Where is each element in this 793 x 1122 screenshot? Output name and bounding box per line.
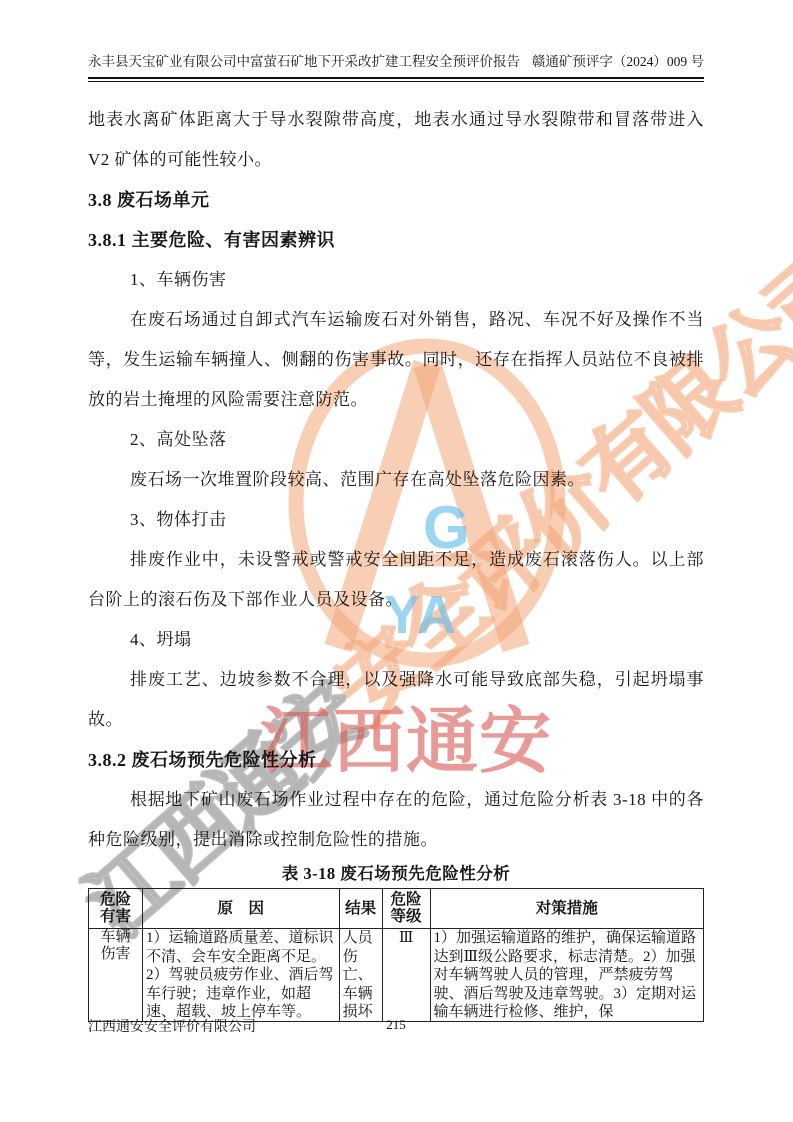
section-heading-3-8: 3.8 废石场单元	[88, 180, 704, 220]
section-heading-3-8-1: 3.8.1 主要危险、有害因素辨识	[88, 220, 704, 260]
cell-measures: 1）加强运输道路的维护，确保运输道路达到Ⅲ级公路要求，标志清楚。2）加强对车辆驾…	[430, 929, 703, 1022]
list-item-3-title: 3、物体打击	[88, 500, 704, 540]
list-item-2-text: 废石场一次堆置阶段较高、范围广存在高处坠落危险因素。	[88, 460, 704, 500]
header-rule-thick	[88, 77, 704, 79]
table-row: 车辆伤害 1）运输道路质量差、道标识不清、会车安全距离不足。2）驾驶员疲劳作业、…	[89, 929, 704, 1022]
cell-hazard: 车辆伤害	[89, 929, 143, 1022]
page-header: 永丰县天宝矿业有限公司中富萤石矿地下开采改扩建工程安全预评价报告 赣通矿预评字（…	[88, 50, 704, 70]
column-header-cause: 原 因	[142, 889, 339, 929]
header-rule-thin	[88, 81, 704, 82]
paragraph-3-8-2: 根据地下矿山废石场作业过程中存在的危险，通过危险分析表 3-18 中的各种危险级…	[88, 780, 704, 860]
list-item-1-text: 在废石场通过自卸式汽车运输废石对外销售，路况、车况不好及操作不当等，发生运输车辆…	[88, 300, 704, 420]
page-content: 永丰县天宝矿业有限公司中富萤石矿地下开采改扩建工程安全预评价报告 赣通矿预评字（…	[88, 0, 704, 1022]
document-page: 江西通安安全评价有限公司 G YA 江西通安 永丰县天宝矿业有限公司中富萤石矿地…	[0, 0, 793, 1122]
table-header-row: 危险有害 原 因 结果 危险等级 对策措施	[89, 889, 704, 929]
cell-level: Ⅲ	[382, 929, 430, 1022]
section-heading-3-8-2: 3.8.2 废石场预先危险性分析	[88, 740, 704, 780]
footer-company-name: 江西通安安全评价有限公司	[88, 1020, 256, 1035]
cell-result: 人员伤亡、车辆损坏	[339, 929, 382, 1022]
table-caption: 表 3-18 废石场预先危险性分析	[88, 862, 704, 886]
list-item-4-title: 4、坍塌	[88, 620, 704, 660]
list-item-3-text: 排废作业中，未设警戒或警戒安全间距不足，造成废石滚落伤人。以上部台阶上的滚石伤及…	[88, 540, 704, 620]
page-number: 215	[386, 1017, 406, 1033]
hazard-analysis-table: 危险有害 原 因 结果 危险等级 对策措施 车辆伤害 1）运输道路质量差、道标识…	[88, 888, 704, 1022]
column-header-measures: 对策措施	[430, 889, 703, 929]
column-header-hazard: 危险有害	[89, 889, 143, 929]
header-report-title: 永丰县天宝矿业有限公司中富萤石矿地下开采改扩建工程安全预评价报告	[88, 50, 520, 70]
list-item-4-text: 排废工艺、边坡参数不合理，以及强降水可能导致底部失稳，引起坍塌事故。	[88, 660, 704, 740]
header-document-code: 赣通矿预评字（2024）009 号	[532, 50, 704, 70]
list-item-1-title: 1、车辆伤害	[88, 260, 704, 300]
body-text: 地表水离矿体距离大于导水裂隙带高度，地表水通过导水裂隙带和冒落带进入 V2 矿体…	[88, 100, 704, 860]
list-item-2-title: 2、高处坠落	[88, 420, 704, 460]
cell-cause: 1）运输道路质量差、道标识不清、会车安全距离不足。2）驾驶员疲劳作业、酒后驾车行…	[142, 929, 339, 1022]
column-header-result: 结果	[339, 889, 382, 929]
page-footer: 江西通安安全评价有限公司 215	[88, 1016, 704, 1036]
column-header-level: 危险等级	[382, 889, 430, 929]
paragraph-intro: 地表水离矿体距离大于导水裂隙带高度，地表水通过导水裂隙带和冒落带进入 V2 矿体…	[88, 100, 704, 180]
